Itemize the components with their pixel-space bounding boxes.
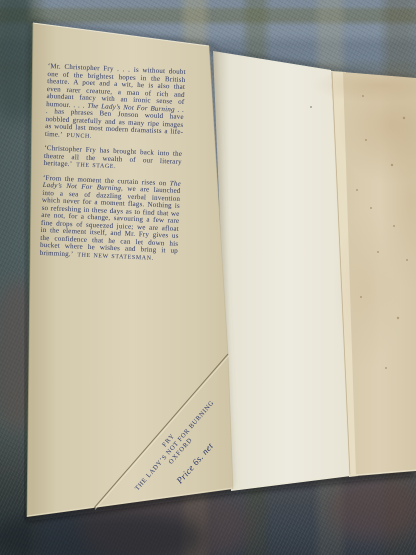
review-punch: ‘Mr. Christopher Fry . . . is without do… [45, 63, 186, 145]
review-new-statesman: ‘From the moment the curtain rises on Th… [39, 174, 181, 263]
review-stage: ‘Christopher Fry has brought back into t… [43, 145, 182, 174]
jacket-flap-reviews: ‘Mr. Christopher Fry . . . is without do… [39, 63, 186, 270]
photo-scene: ‘Mr. Christopher Fry . . . is without do… [0, 0, 416, 555]
page-stain [333, 210, 403, 370]
paper-fleck [310, 106, 312, 108]
review-source: THE NEW STATESMAN. [77, 252, 154, 261]
review-source: THE STAGE. [76, 162, 116, 170]
review-text: , we are launched into a sea of dazzling… [40, 184, 181, 257]
review-source: PUNCH. [66, 132, 92, 139]
